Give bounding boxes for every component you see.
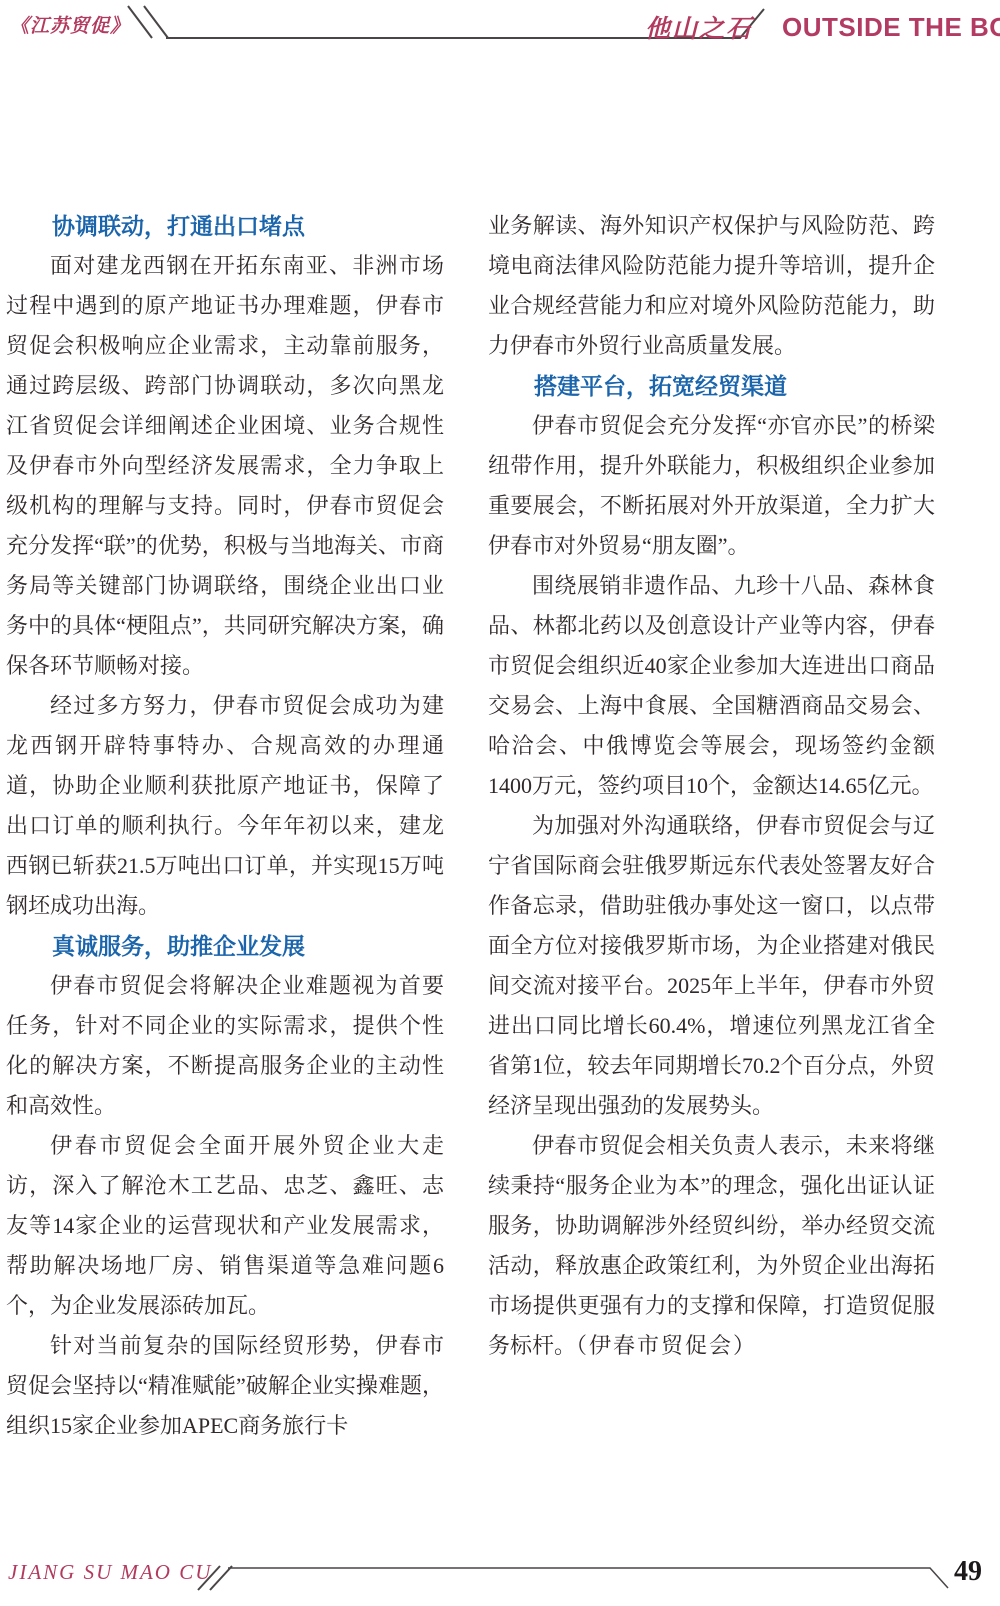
journal-name: JIANG SU MAO CU	[8, 1560, 212, 1585]
magazine-page: 《江苏贸促》 他山之石 OUTSIDE THE BOX 协调联动，打通出口堵点 …	[0, 0, 1000, 1606]
paragraph: 伊春市贸促会全面开展外贸企业大走访，深入了解沧木工艺品、忠芝、鑫旺、志友等14家…	[6, 1126, 444, 1326]
article-column-right: 业务解读、海外知识产权保护与风险防范、跨境电商法律风险防范能力提升等培训，提升企…	[488, 206, 935, 1366]
paragraph: 伊春市贸促会充分发挥“亦官亦民”的桥梁纽带作用，提升外联能力，积极组织企业参加重…	[488, 406, 935, 566]
section-heading: 协调联动，打通出口堵点	[6, 206, 444, 246]
paragraph: 面对建龙西钢在开拓东南亚、非洲市场过程中遇到的原产地证书办理难题，伊春市贸促会积…	[6, 246, 444, 686]
section-heading: 真诚服务，助推企业发展	[6, 926, 444, 966]
paragraph: 伊春市贸促会相关负责人表示，未来将继续秉持“服务企业为本”的理念，强化出证认证服…	[488, 1126, 935, 1366]
paragraph: 围绕展销非遗作品、九珍十八品、森林食品、林都北药以及创意设计产业等内容，伊春市贸…	[488, 566, 935, 806]
paragraph: 为加强对外沟通联络，伊春市贸促会与辽宁省国际商会驻俄罗斯远东代表处签署友好合作备…	[488, 806, 935, 1126]
paragraph-text: 伊春市贸促会相关负责人表示，未来将继续秉持“服务企业为本”的理念，强化出证认证服…	[488, 1133, 935, 1358]
section-heading: 搭建平台，拓宽经贸渠道	[488, 366, 935, 406]
section-title-en: OUTSIDE THE BOX	[782, 12, 1000, 43]
paragraph: 经过多方努力，伊春市贸促会成功为建龙西钢开辟特事特办、合规高效的办理通道，协助企…	[6, 686, 444, 926]
paragraph: 伊春市贸促会将解决企业难题视为首要任务，针对不同企业的实际需求，提供个性化的解决…	[6, 966, 444, 1126]
section-title-cn: 他山之石	[645, 9, 753, 45]
paragraph-continuation: 业务解读、海外知识产权保护与风险防范、跨境电商法律风险防范能力提升等培训，提升企…	[488, 206, 935, 366]
byline: （伊春市贸促会）	[576, 1333, 757, 1358]
paragraph: 针对当前复杂的国际经贸形势，伊春市贸促会坚持以“精准赋能”破解企业实操难题，组织…	[6, 1326, 444, 1446]
page-number: 49	[954, 1556, 982, 1588]
article-column-left: 协调联动，打通出口堵点 面对建龙西钢在开拓东南亚、非洲市场过程中遇到的原产地证书…	[6, 206, 444, 1446]
